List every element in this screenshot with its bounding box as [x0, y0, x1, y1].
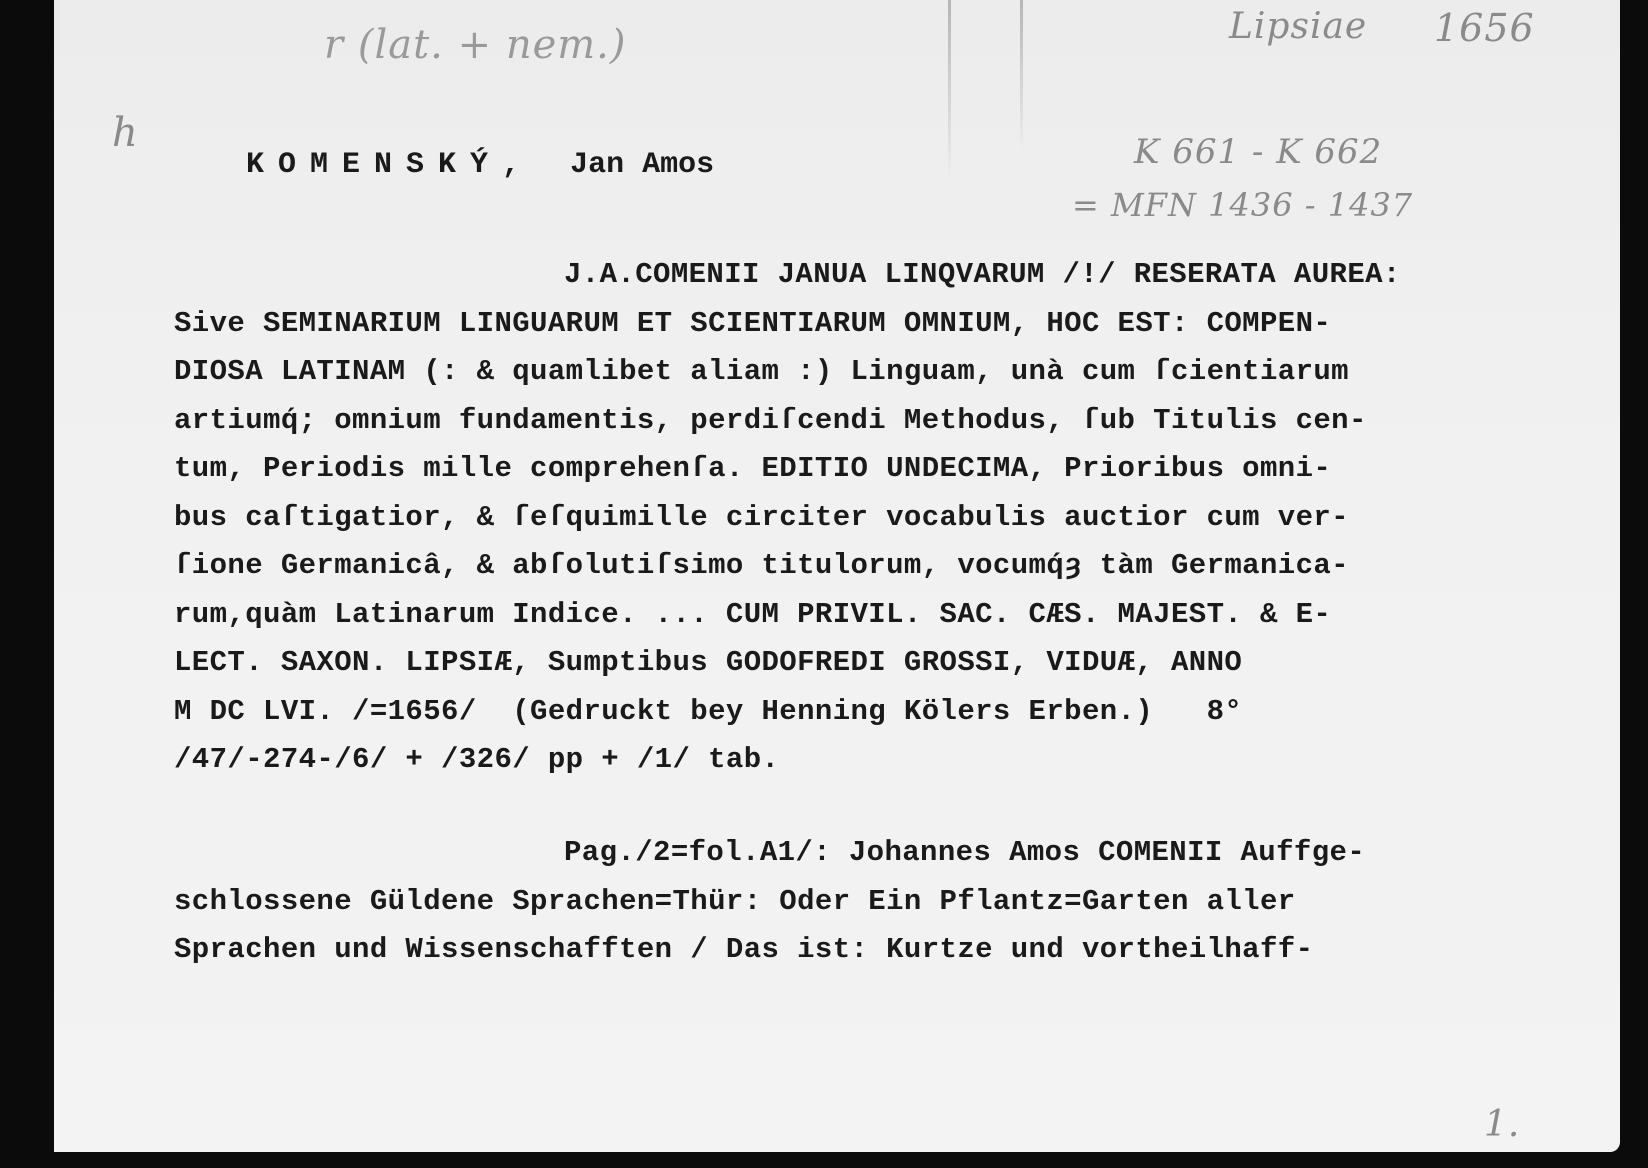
author-heading: KOMENSKÝ, Jan Amos [174, 114, 714, 216]
handwritten-card-number: 1. [1484, 1104, 1520, 1145]
title-line: bus caſtigatior, & ſeſquimille circiter … [174, 494, 1401, 543]
title-line: DIOSA LATINAM (: & quamlibet aliam :) Li… [174, 348, 1401, 397]
handwritten-language-note: r (lat. + nem.) [324, 22, 627, 68]
title-line: tum, Periodis mille comprehenſa. EDITIO … [174, 445, 1401, 494]
imprint-line: M DC LVI. /=1656/ (Gedruckt bey Henning … [174, 688, 1401, 737]
handwritten-margin-mark: h [112, 110, 139, 156]
title-line: ſione Germanicâ, & abſolutiſsimo titulor… [174, 542, 1401, 591]
title-line: J.A.COMENII JANUA LINQVARUM /!/ RESERATA… [174, 251, 1401, 300]
handwritten-mfn-number: = MFN 1436 - 1437 [1072, 186, 1413, 224]
note-line: Sprachen und Wissenschafften / Das ist: … [174, 926, 1365, 975]
title-line: LECT. SAXON. LIPSIÆ, Sumptibus GODOFREDI… [174, 639, 1401, 688]
author-given-names: Jan Amos [570, 148, 714, 182]
author-surname: KOMENSKÝ, [246, 148, 534, 182]
handwritten-year: 1656 [1434, 6, 1535, 50]
title-line: Sive SEMINARIUM LINGUARUM ET SCIENTIARUM… [174, 300, 1401, 349]
card-crease [1020, 0, 1023, 150]
collation-line: /47/-274-/6/ + /326/ pp + /1/ tab. [174, 736, 1401, 785]
title-entry: J.A.COMENII JANUA LINQVARUM /!/ RESERATA… [174, 251, 1401, 785]
handwritten-place: Lipsiae [1229, 6, 1367, 47]
handwritten-shelfmark: K 661 - K 662 [1134, 132, 1382, 172]
note-line: Pag./2=fol.A1/: Johannes Amos COMENII Au… [174, 829, 1365, 878]
title-line: rum,quàm Latinarum Indice. ... CUM PRIVI… [174, 591, 1401, 640]
title-line: artiumq́; omnium fundamentis, perdiſcend… [174, 397, 1401, 446]
catalog-card: r (lat. + nem.) Lipsiae 1656 h K 661 - K… [54, 0, 1620, 1152]
card-crease [948, 0, 951, 180]
note-line: schlossene Güldene Sprachen=Thür: Oder E… [174, 878, 1365, 927]
note-entry: Pag./2=fol.A1/: Johannes Amos COMENII Au… [174, 829, 1365, 975]
